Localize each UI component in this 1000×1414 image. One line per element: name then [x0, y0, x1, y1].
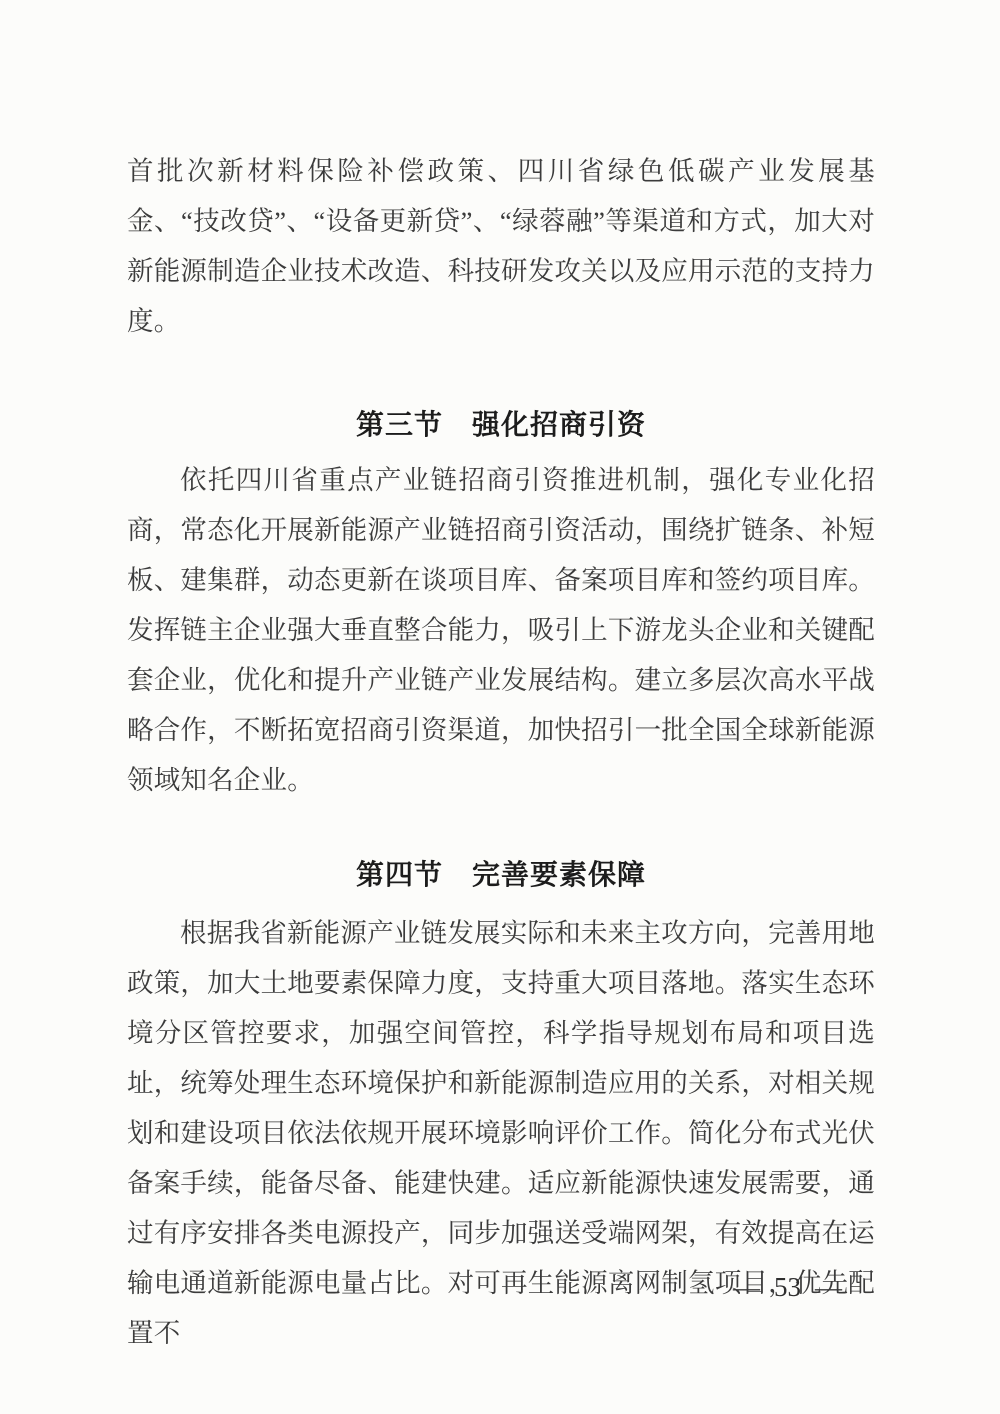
section-3-paragraph: 依托四川省重点产业链招商引资推进机制，强化专业化招商，常态化开展新能源产业链招商… [127, 455, 875, 805]
section-3-heading: 第三节 强化招商引资 [127, 403, 875, 447]
page-content: 首批次新材料保险补偿政策、四川省绿色低碳产业发展基金、“技改贷”、“设备更新贷”… [127, 146, 875, 1358]
document-page: 首批次新材料保险补偿政策、四川省绿色低碳产业发展基金、“技改贷”、“设备更新贷”… [0, 0, 1000, 1414]
footer-right-dash: — [815, 1270, 842, 1304]
page-footer: —53— [733, 1270, 842, 1304]
footer-left-dash: — [733, 1270, 760, 1304]
section-4-heading: 第四节 完善要素保障 [127, 853, 875, 897]
page-number: 53 [774, 1270, 801, 1304]
paragraph-continuation: 首批次新材料保险补偿政策、四川省绿色低碳产业发展基金、“技改贷”、“设备更新贷”… [127, 146, 875, 346]
